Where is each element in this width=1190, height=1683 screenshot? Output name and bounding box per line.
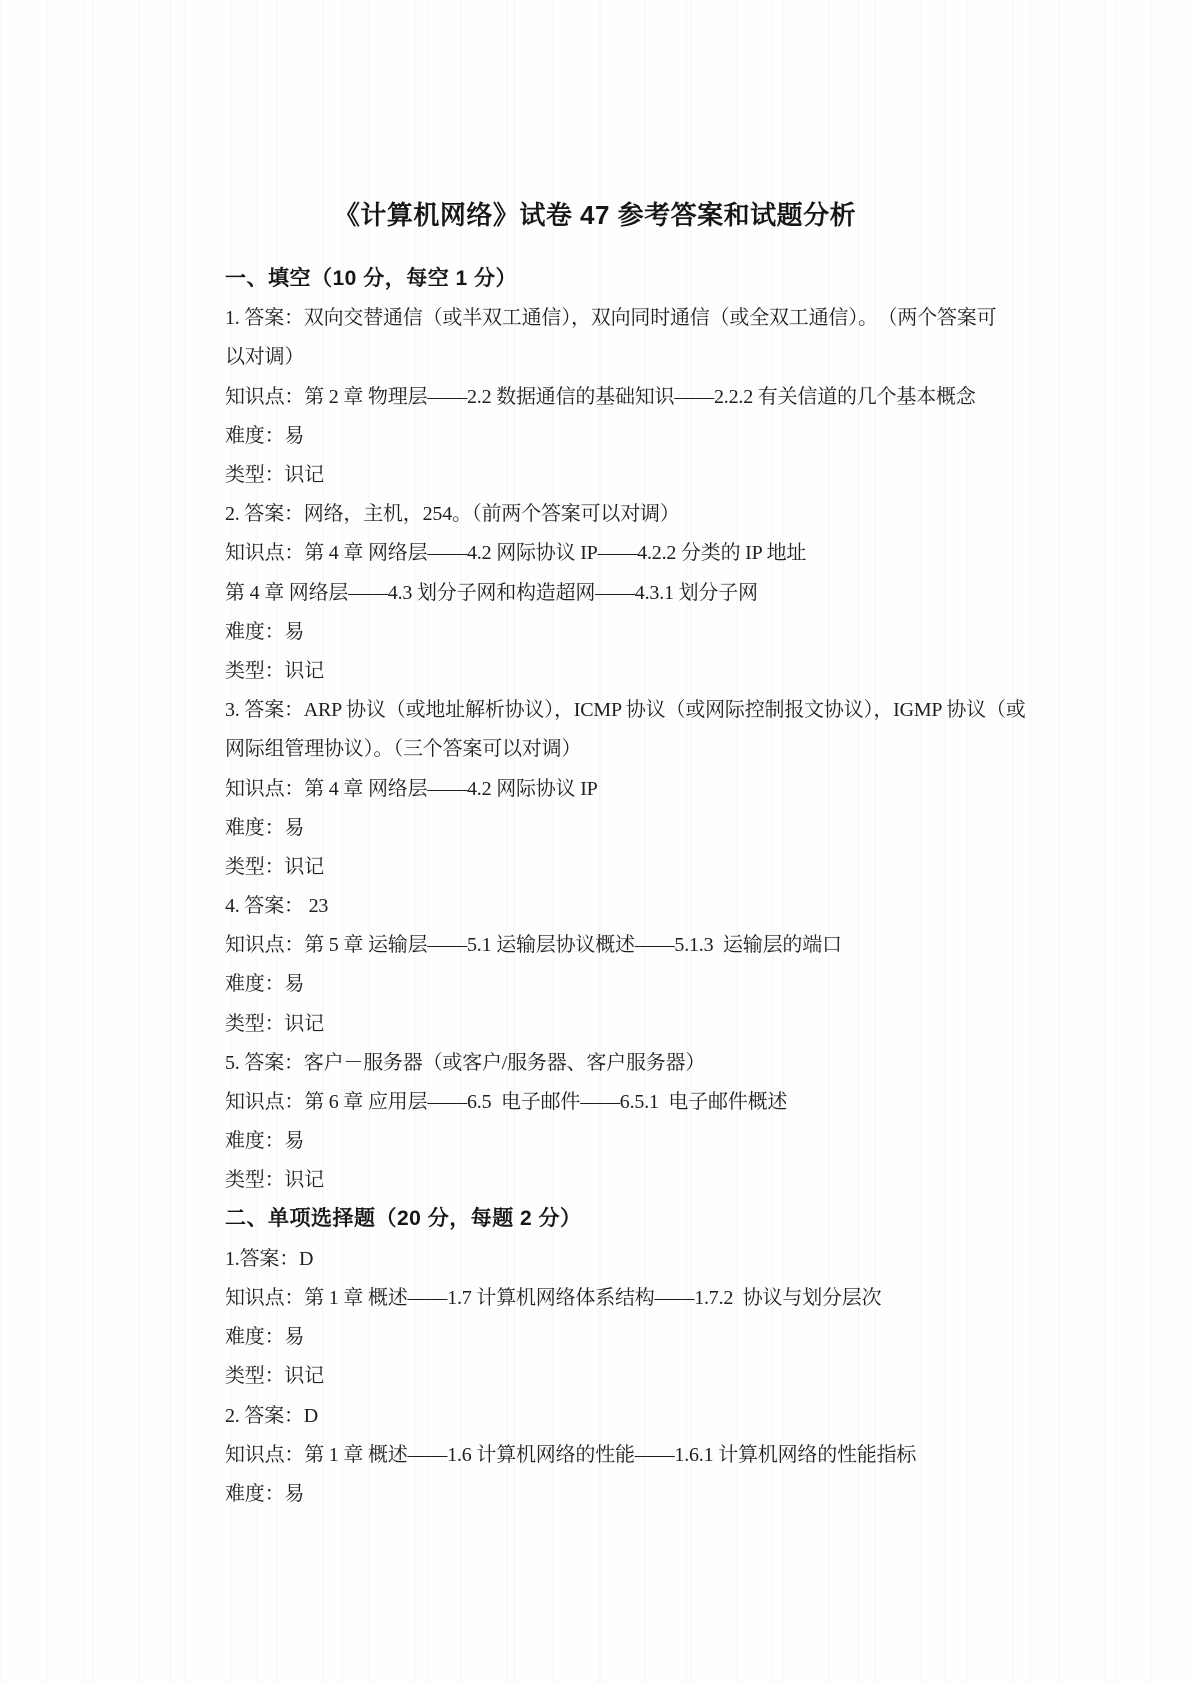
text-line: 类型：识记 (225, 1002, 1025, 1041)
text-line: 难度：易 (225, 962, 1025, 1001)
text-line: 2. 答案：网络，主机，254。（前两个答案可以对调） (225, 492, 1025, 531)
text-line: 难度：易 (225, 414, 1025, 453)
text-line: 难度：易 (225, 806, 1025, 845)
text-line: 类型：识记 (225, 1354, 1025, 1393)
section-multiple-choice-lines: 1.答案：D知识点：第 1 章 概述——1.7 计算机网络体系结构——1.7.2… (225, 1237, 1025, 1511)
text-line: 以对调） (225, 335, 1025, 374)
text-line: 第 4 章 网络层——4.3 划分子网和构造超网——4.3.1 划分子网 (225, 571, 1025, 610)
text-line: 难度：易 (225, 1119, 1025, 1158)
text-line: 难度：易 (225, 610, 1025, 649)
text-line: 知识点：第 6 章 应用层——6.5 电子邮件——6.5.1 电子邮件概述 (225, 1080, 1025, 1119)
text-line: 5. 答案：客户－服务器（或客户/服务器、客户服务器） (225, 1041, 1025, 1080)
section-fill-in-blanks-heading: 一、填空（10 分，每空 1 分） (225, 257, 1025, 296)
document-page: 《计算机网络》试卷 47 参考答案和试题分析 一、填空（10 分，每空 1 分）… (0, 0, 1190, 1683)
section-multiple-choice-heading: 二、单项选择题（20 分，每题 2 分） (225, 1198, 1025, 1237)
text-line: 1.答案：D (225, 1237, 1025, 1276)
text-line: 类型：识记 (225, 649, 1025, 688)
text-line: 类型：识记 (225, 845, 1025, 884)
text-line: 知识点：第 4 章 网络层——4.2 网际协议 IP (225, 766, 1025, 805)
text-line: 1. 答案：双向交替通信（或半双工通信），双向同时通信（或全双工通信）。 （两个… (225, 296, 1025, 335)
section-fill-in-blanks-lines: 1. 答案：双向交替通信（或半双工通信），双向同时通信（或全双工通信）。 （两个… (225, 296, 1025, 1197)
text-line: 知识点：第 1 章 概述——1.6 计算机网络的性能——1.6.1 计算机网络的… (225, 1433, 1025, 1472)
document-body: 一、填空（10 分，每空 1 分） 1. 答案：双向交替通信（或半双工通信），双… (225, 257, 1025, 1511)
text-line: 知识点：第 5 章 运输层——5.1 运输层协议概述——5.1.3 运输层的端口 (225, 923, 1025, 962)
text-line: 类型：识记 (225, 1158, 1025, 1197)
text-line: 2. 答案：D (225, 1393, 1025, 1432)
text-line: 网际组管理协议）。（三个答案可以对调） (225, 727, 1025, 766)
text-line: 4. 答案： 23 (225, 884, 1025, 923)
text-line: 难度：易 (225, 1315, 1025, 1354)
text-line: 知识点：第 1 章 概述——1.7 计算机网络体系结构——1.7.2 协议与划分… (225, 1276, 1025, 1315)
text-line: 3. 答案：ARP 协议（或地址解析协议），ICMP 协议（或网际控制报文协议）… (225, 688, 1025, 727)
text-line: 类型：识记 (225, 453, 1025, 492)
text-line: 知识点：第 4 章 网络层——4.2 网际协议 IP——4.2.2 分类的 IP… (225, 531, 1025, 570)
section-multiple-choice: 二、单项选择题（20 分，每题 2 分） 1.答案：D知识点：第 1 章 概述—… (225, 1198, 1025, 1512)
document-title: 《计算机网络》试卷 47 参考答案和试题分析 (0, 197, 1190, 233)
text-line: 难度：易 (225, 1472, 1025, 1511)
section-fill-in-blanks: 一、填空（10 分，每空 1 分） 1. 答案：双向交替通信（或半双工通信），双… (225, 257, 1025, 1198)
text-line: 知识点：第 2 章 物理层——2.2 数据通信的基础知识——2.2.2 有关信道… (225, 375, 1025, 414)
